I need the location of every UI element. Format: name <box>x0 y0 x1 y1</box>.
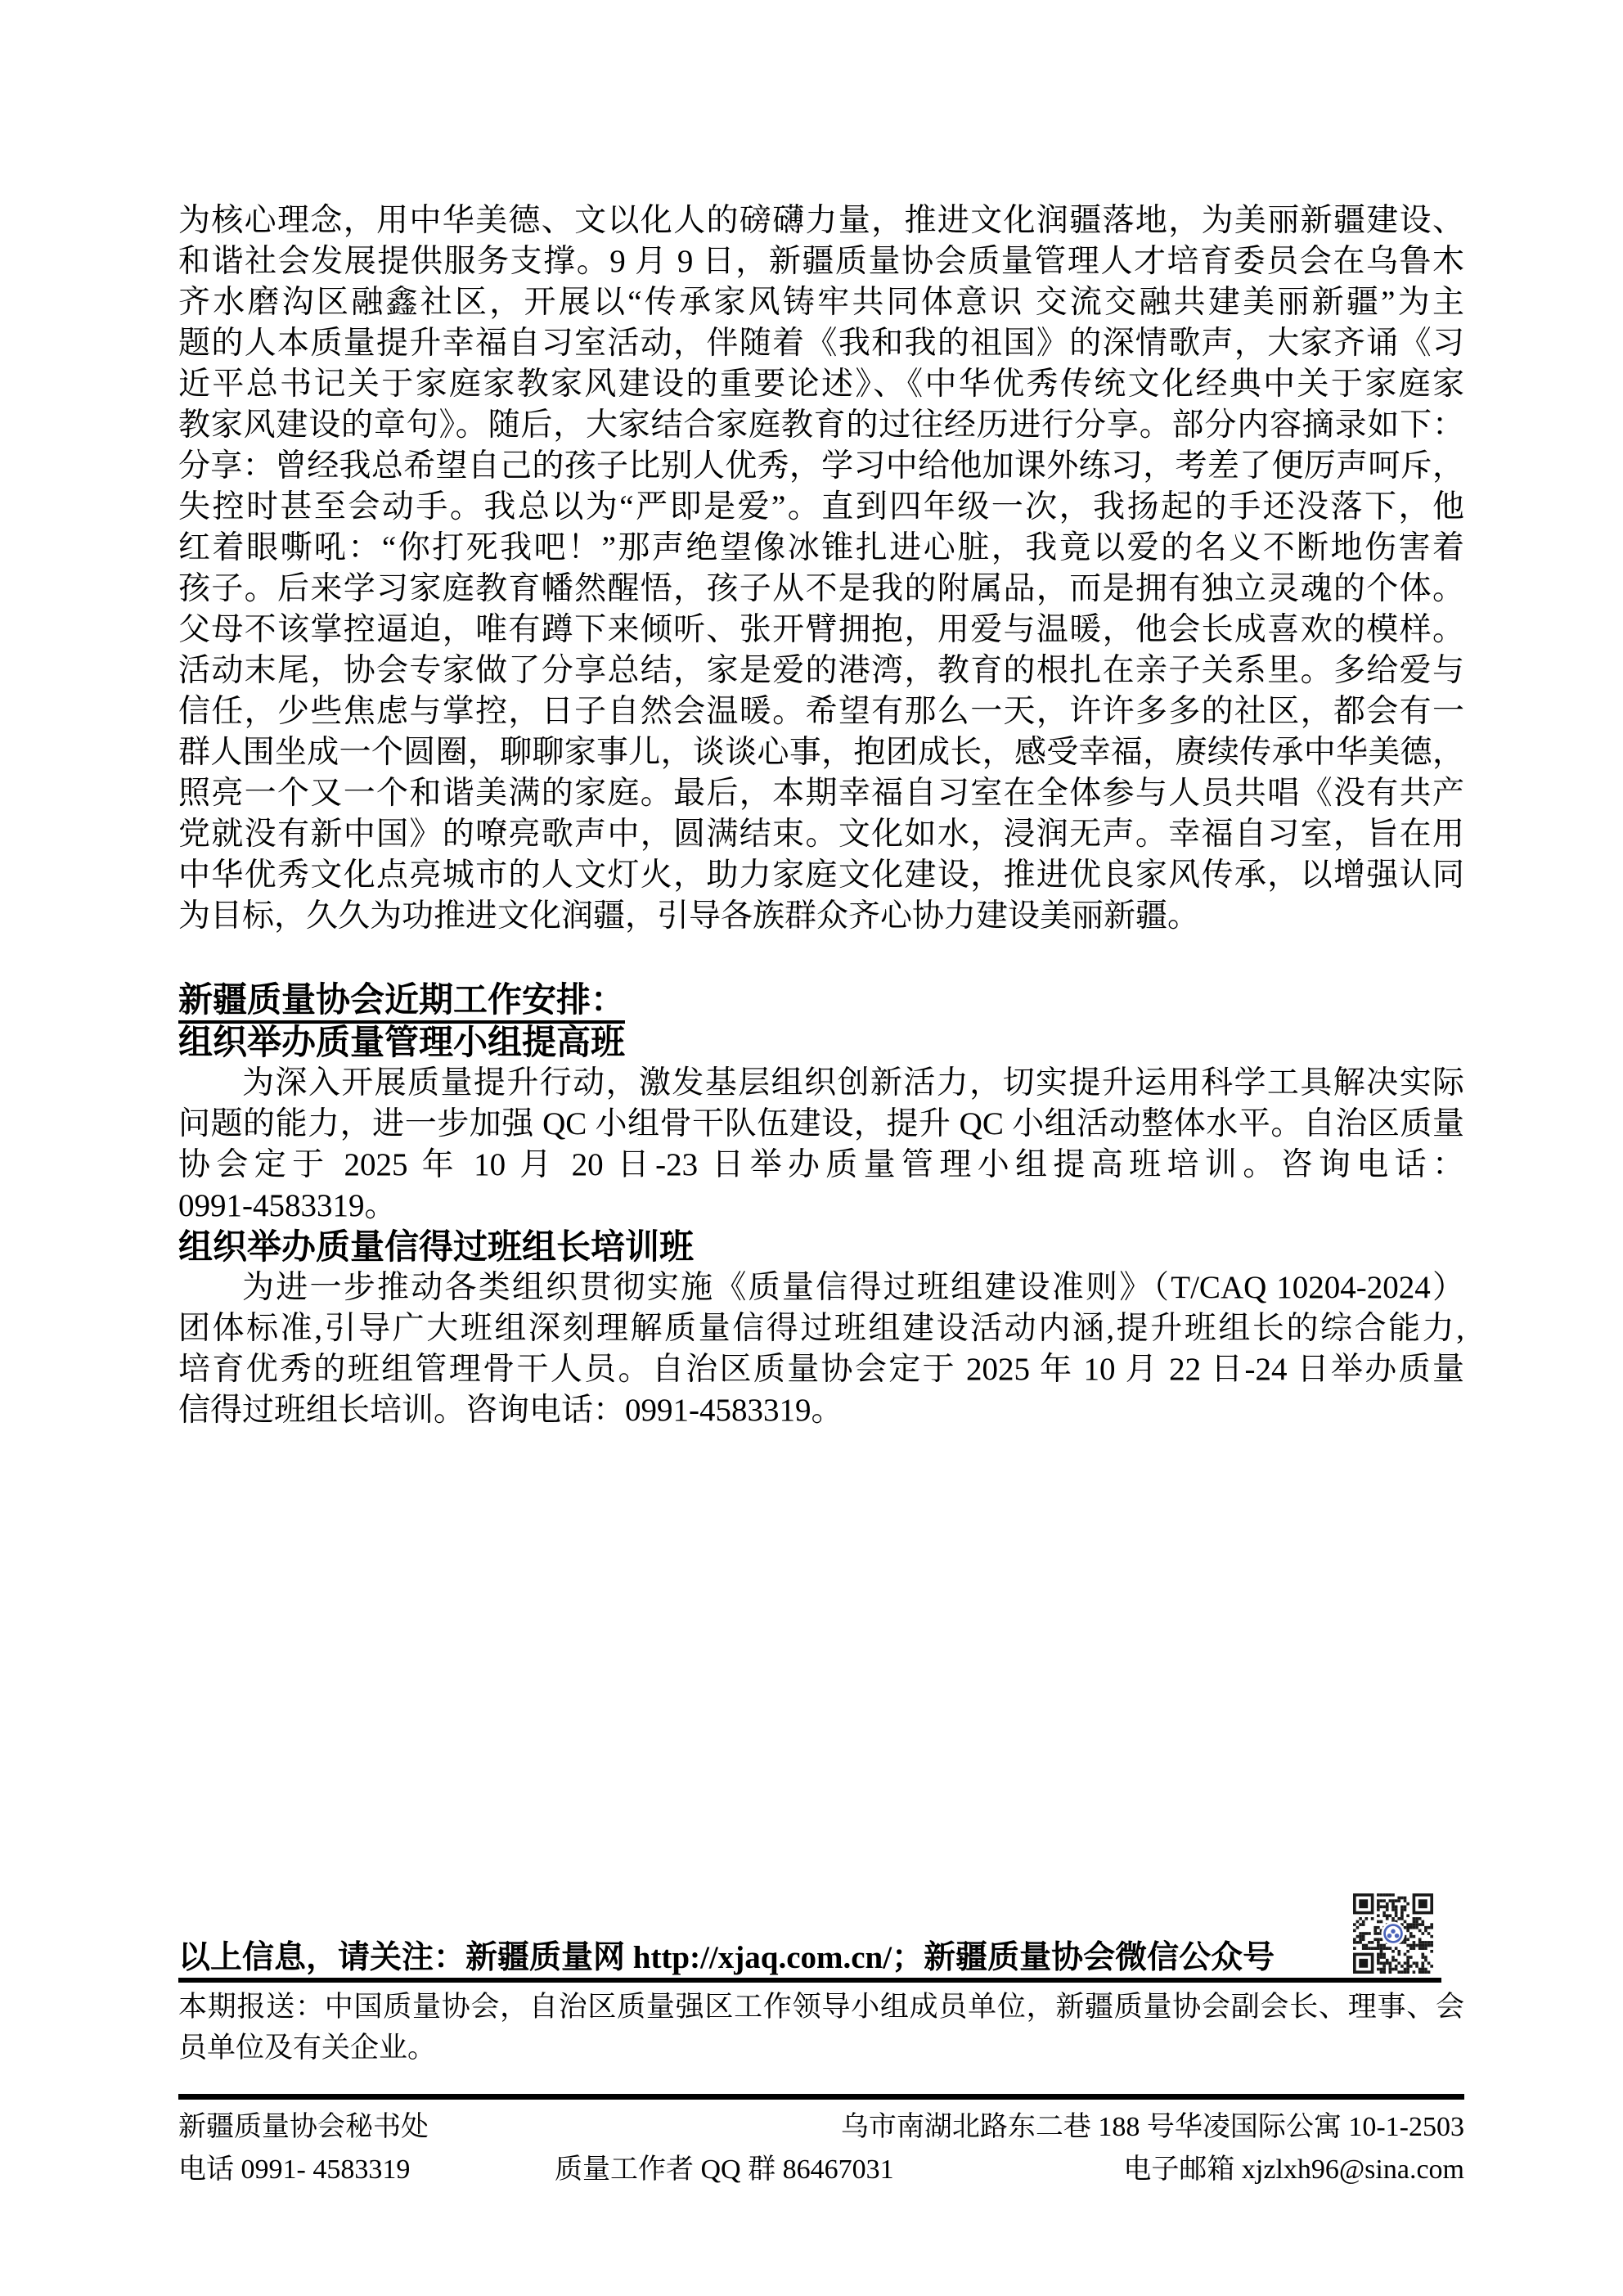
text-line: 协会定于 2025 年 10 月 20 日-23 日举办质量管理小组提高班培训。… <box>178 1145 1464 1186</box>
text-line: 团体标准,引导广大班组深刻理解质量信得过班组建设活动内涵,提升班组长的综合能力, <box>178 1308 1464 1349</box>
schedule-heading-text: 新疆质量协会近期工作安排： <box>178 980 625 1024</box>
text-line: 父母不该掌控逼迫，唯有蹲下来倾听、张开臂拥抱，用爱与温暖，他会长成喜欢的模样。 <box>178 610 1464 651</box>
text-line: 中华优秀文化点亮城市的人文灯火，助力家庭文化建设，推进优良家风传承，以增强认同 <box>178 855 1464 896</box>
text-line: 题的人本质量提升幸福自习室活动，伴随着《我和我的祖国》的深情歌声，大家齐诵《习 <box>178 323 1464 364</box>
document-page: { "body_paragraph_lines": [ "为核心理念，用中华美德… <box>0 0 1623 2296</box>
text-line: 为深入开展质量提升行动，激发基层组织创新活力，切实提升运用科学工具解决实际 <box>178 1063 1464 1104</box>
text-line: 近平总书记关于家庭家教家风建设的重要论述》、《中华优秀传统文化经典中关于家庭家 <box>178 364 1464 405</box>
text-line: 活动末尾，协会专家做了分享总结，家是爱的港湾，教育的根扎在亲子关系里。多给爱与 <box>178 651 1464 691</box>
body-paragraph: 为核心理念，用中华美德、文以化人的磅礴力量，推进文化润疆落地，为美丽新疆建设、和… <box>178 200 1464 937</box>
text-line: 分享：曾经我总希望自己的孩子比别人优秀，学习中给他加课外练习，考差了便厉声呵斥， <box>178 446 1464 487</box>
text-line: 信任，少些焦虑与掌控，日子自然会温暖。希望有那么一天，许许多多的社区，都会有一 <box>178 691 1464 732</box>
text-line: 齐水磨沟区融鑫社区，开展以“传承家风铸牢共同体意识 交流交融共建美丽新疆”为主 <box>178 282 1464 323</box>
text-line: 失控时甚至会动手。我总以为“严即是爱”。直到四年级一次，我扬起的手还没落下，他 <box>178 487 1464 528</box>
schedule-item1-paragraph: 为深入开展质量提升行动，激发基层组织创新活力，切实提升运用科学工具解决实际问题的… <box>178 1063 1464 1227</box>
text-line: 本期报送：中国质量协会，自治区质量强区工作领导小组成员单位，新疆质量协会副会长、… <box>178 1987 1464 2028</box>
footer-qq-group: 质量工作者 QQ 群 86467031 <box>555 2152 894 2188</box>
footer-org: 新疆质量协会秘书处 <box>178 2112 429 2142</box>
separator-line-bottom <box>178 2094 1464 2100</box>
schedule-heading: 新疆质量协会近期工作安排： <box>178 979 1464 1020</box>
text-line: 教家风建设的章句》。随后，大家结合家庭教育的过往经历进行分享。部分内容摘录如下： <box>178 405 1464 446</box>
schedule-item1-title: 组织举办质量管理小组提高班 <box>178 1022 1464 1063</box>
text-line: 问题的能力，进一步加强 QC 小组骨干队伍建设，提升 QC 小组活动整体水平。自… <box>178 1104 1464 1145</box>
text-line: 0991-4583319。 <box>178 1186 1464 1227</box>
text-line: 培育优秀的班组管理骨干人员。自治区质量协会定于 2025 年 10 月 22 日… <box>178 1349 1464 1390</box>
text-line: 照亮一个又一个和谐美满的家庭。最后，本期幸福自习室在全体参与人员共唱《没有共产 <box>178 773 1464 814</box>
text-line: 为进一步推动各类组织贯彻实施《质量信得过班组建设准则》（T/CAQ 10204-… <box>178 1267 1464 1308</box>
footer-row-1: 新疆质量协会秘书处 乌市南湖北路东二巷 188 号华凌国际公寓 10-1-250… <box>178 2109 1464 2145</box>
text-line: 和谐社会发展提供服务支撑。9 月 9 日，新疆质量协会质量管理人才培育委员会在乌… <box>178 241 1464 282</box>
text-line: 红着眼嘶吼：“你打死我吧！”那声绝望像冰锥扎进心脏，我竟以爱的名义不断地伤害着 <box>178 528 1464 569</box>
footer-address: 乌市南湖北路东二巷 188 号华凌国际公寓 10-1-2503 <box>841 2109 1464 2145</box>
text-line: 为目标，久久为功推进文化润疆，引导各族群众齐心协力建设美丽新疆。 <box>178 896 1464 937</box>
text-line: 群人围坐成一个圆圈，聊聊家事儿，谈谈心事，抱团成长，感受幸福，赓续传承中华美德， <box>178 732 1464 773</box>
schedule-item2-title: 组织举办质量信得过班组长培训班 <box>178 1227 1464 1267</box>
text-line: 信得过班组长培训。咨询电话：0991-4583319。 <box>178 1390 1464 1431</box>
footer-phone: 电话 0991- 4583319 <box>178 2154 410 2185</box>
separator-line-top <box>178 1978 1441 1983</box>
text-line: 党就没有新中国》的嘹亮歌声中，圆满结束。文化如水，浸润无声。幸福自习室，旨在用 <box>178 814 1464 855</box>
text-line: 孩子。后来学习家庭教育幡然醒悟，孩子从不是我的附属品，而是拥有独立灵魂的个体。 <box>178 569 1464 610</box>
distribution-paragraph: 本期报送：中国质量协会，自治区质量强区工作领导小组成员单位，新疆质量协会副会长、… <box>178 1987 1464 2069</box>
text-line: 为核心理念，用中华美德、文以化人的磅礴力量，推进文化润疆落地，为美丽新疆建设、 <box>178 200 1464 241</box>
footer-email: 电子邮箱 xjzlxh96@sina.com <box>1123 2152 1464 2188</box>
notice-line: 以上信息，请关注：新疆质量网 http://xjaq.com.cn/；新疆质量协… <box>178 1939 1464 1977</box>
text-line: 员单位及有关企业。 <box>178 2028 1464 2069</box>
schedule-item2-paragraph: 为进一步推动各类组织贯彻实施《质量信得过班组建设准则》（T/CAQ 10204-… <box>178 1267 1464 1431</box>
footer-row-2: 电话 0991- 4583319 质量工作者 QQ 群 86467031 电子邮… <box>178 2152 1464 2188</box>
